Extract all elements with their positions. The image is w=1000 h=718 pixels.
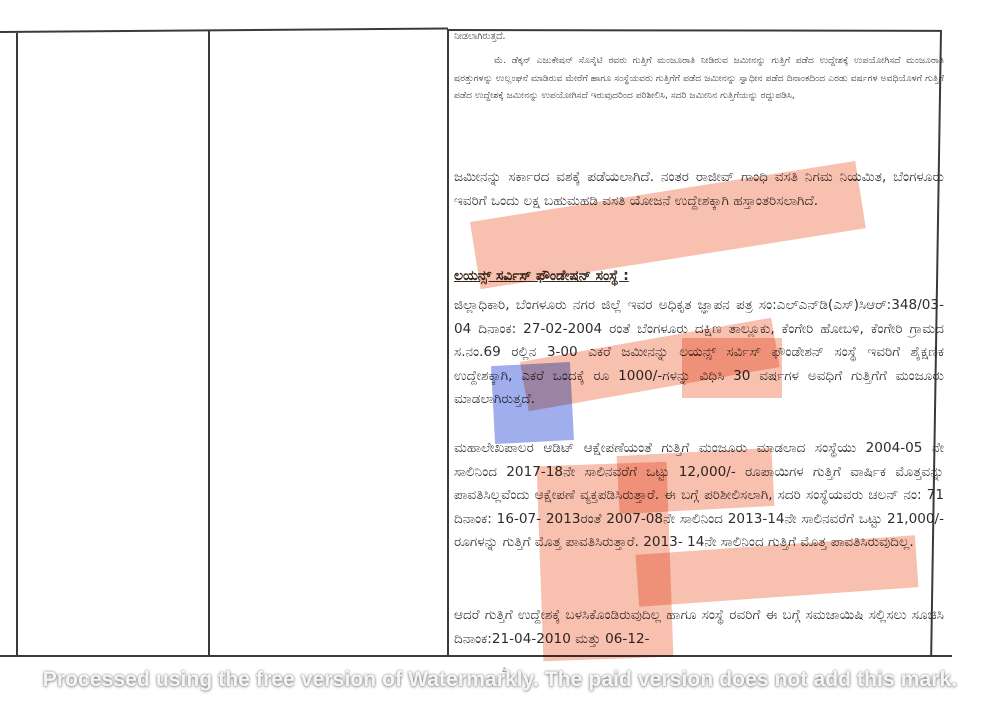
scanned-paragraph: ಮೆ. ಡೆಕ್ಕನ್ ಎಜುಕೇಷನ್ ಸೊಸೈಟಿ ರವರು ಗುತ್ತಿಗ… bbox=[454, 52, 944, 105]
highlight-overlay bbox=[617, 448, 775, 514]
highlight-overlay-blue bbox=[491, 362, 574, 444]
table-column-divider bbox=[447, 29, 449, 656]
table-top-border bbox=[0, 27, 448, 32]
table-column-divider bbox=[208, 30, 210, 656]
document-page: ನೀಡಲಾಗಿರುತ್ತದೆ. ಮೆ. ಡೆಕ್ಕನ್ ಎಜುಕೇಷನ್ ಸೊಸ… bbox=[0, 0, 1000, 718]
continuation-line: ನೀಡಲಾಗಿರುತ್ತದೆ. bbox=[454, 28, 944, 46]
highlight-overlay bbox=[682, 338, 782, 398]
paragraph-notice: ಆದರೆ ಗುತ್ತಿಗೆ ಉದ್ದೇಶಕ್ಕೆ ಬಳಸಿಕೊಂಡಿರುವುದಿ… bbox=[454, 604, 944, 651]
table-bottom-border bbox=[0, 655, 952, 657]
table-column-divider bbox=[16, 33, 18, 656]
watermark-text: Processed using the free version of Wate… bbox=[0, 668, 1000, 692]
